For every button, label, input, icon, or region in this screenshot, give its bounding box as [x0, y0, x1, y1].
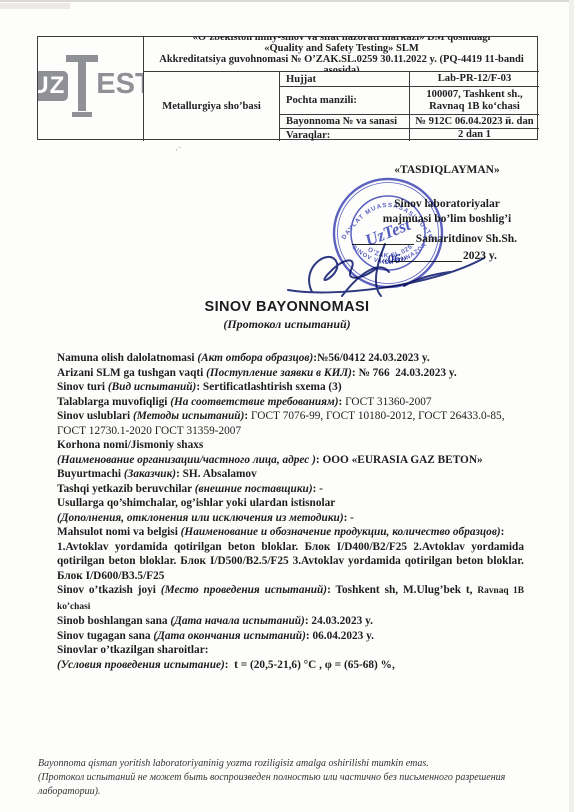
scan-edge-strip	[569, 0, 574, 812]
body-line: (Условия проведения испытание): t = (20,…	[57, 658, 524, 673]
body-segment: : -	[313, 483, 323, 495]
logo-cell: UZ EST	[38, 37, 143, 141]
body-segment: (На соответствие требованиям)	[170, 396, 338, 408]
body-line: Sinov o’tkazish joyi (Место проведения и…	[57, 583, 524, 614]
body-segment: Sinov uslublari	[57, 410, 133, 422]
body-segment: Tashqi yetkazib beruvchilar	[57, 483, 195, 495]
body-segment: Sinov o’tkazish joyi	[57, 584, 161, 596]
body-segment: (Акт отбора образцов)	[197, 352, 313, 364]
row-protocol-label: Bayonnoma № va sanasi	[279, 114, 409, 128]
body-segment: :	[244, 410, 251, 422]
body-segment: (Наименование организации/частного лица,…	[57, 454, 316, 466]
document-title: SINOV BAYONNOMASI	[0, 299, 574, 315]
row-document-label: Hujjat	[279, 71, 409, 86]
body-line: (Дополнения, отклонения или исключения и…	[57, 511, 524, 526]
body-line: Arizani SLM ga tushgan vaqti (Поступлени…	[57, 366, 524, 381]
body-segment: : 24.03.2023 y.	[305, 615, 373, 627]
organization-header: «O’zbekiston ilmiy-sinov va sifat nazora…	[143, 37, 539, 71]
body-segment: Sinob boshlangan sana	[57, 615, 170, 627]
body-segment: 1.Avtoklav yordamida qotirilgan beton bl…	[57, 541, 527, 582]
scan-smudge	[0, 3, 70, 9]
body-segment: : t = (20,5-21,6) °C , φ = (65-68) %,	[225, 659, 395, 671]
row-protocol-value: № 912C 06.04.2023 й. dan	[409, 114, 539, 128]
body-segment: Sinov tugagan sana	[57, 630, 153, 642]
logo-shape	[72, 112, 92, 117]
body-line: Korhona nomi/Jismoniy shaxs	[57, 438, 524, 453]
org-line-2: «Quality and Safety Testing» SLM	[264, 43, 419, 54]
body-segment: Mahsulot nomi va belgisi	[57, 526, 181, 538]
body-segment: (Дата окончания испытаний)	[153, 630, 305, 642]
org-line-3: Akkreditatsiya guvohnomasi № O’ZAK.SL.02…	[144, 54, 539, 71]
uztest-logo: UZ EST	[38, 55, 143, 125]
body-segment: Talablarga muvofiqligi	[57, 396, 170, 408]
header-table: UZ EST «O’zbekiston ilmiy-sinov va sifat…	[37, 36, 538, 140]
body-segment: : -	[344, 512, 354, 524]
body-line: Tashqi yetkazib beruvchilar (внешние пос…	[57, 482, 524, 497]
body-segment: ГОСТ 31360-2007	[345, 396, 431, 408]
logo-t-glyph	[69, 55, 95, 117]
body-segment: : ООО «EURASIA GAZ BETON»	[316, 454, 483, 466]
body-line: Buyurtmachi (Заказчик): SH. Absalamov	[57, 467, 524, 482]
row-address-value: 100007, Tashkent sh., Ravnaq 1B ko‘chasi	[409, 86, 539, 114]
footer-note: Bayonnoma qisman yoritish laboratoriyani…	[38, 757, 543, 798]
document-subtitle: (Протокол испытаний)	[0, 317, 574, 332]
handwritten-date: «06»	[380, 249, 408, 268]
body-segment: Namuna olish dalolatnomasi	[57, 352, 197, 364]
body-segment: (Поступление заявки в КИЛ)	[206, 367, 352, 379]
body-segment: (Дополнения, отклонения или исключения и…	[57, 512, 344, 524]
body-segment: (Методы испытаний)	[133, 410, 244, 422]
body-line: 1.Avtoklav yordamida qotirilgan beton bl…	[57, 540, 524, 584]
department-cell: Metallurgiya sho’basi	[143, 71, 279, 141]
body-segment: :	[501, 526, 505, 538]
body-line: Mahsulot nomi va belgisi (Наименование и…	[57, 525, 524, 540]
body-segment: :№56/0412 24.03.2023 y.	[313, 352, 429, 364]
body-segment: ГОСТ 12730.1-2020 ГОСТ 31359-2007	[57, 425, 241, 437]
row-address-label: Pochta manzili:	[279, 86, 409, 114]
logo-shape	[78, 61, 86, 111]
body-line: Talablarga muvofiqligi (На соответствие …	[57, 395, 524, 410]
body-segment: (Условия проведения испытание)	[57, 659, 225, 671]
scan-edge-artifact	[0, 0, 574, 2]
body-segment: : Toshkent sh, M.Ulug’bek t,	[327, 584, 477, 596]
body-segment: Korhona nomi/Jismoniy shaxs	[57, 439, 203, 451]
scanned-test-report-page: UZ EST «O’zbekiston ilmiy-sinov va sifat…	[0, 0, 574, 812]
body-line: Sinob boshlangan sana (Дата начала испыт…	[57, 614, 524, 629]
body-lines: Namuna olish dalolatnomasi (Акт отбора о…	[57, 351, 524, 672]
body-line: Sinov turi (Вид испытаний): Sertificatla…	[57, 380, 524, 395]
body-segment: : 06.04.2023 y.	[306, 630, 374, 642]
body-segment: (Вид испытаний)	[108, 381, 196, 393]
body-line: Usullarga qo’shimchalar, og’ishlar yoki …	[57, 496, 524, 511]
row-document-value: Lab-PR-12/F-03	[409, 71, 539, 86]
body-segment: (Заказчик)	[124, 468, 176, 480]
body-line: Sinovlar o’tkazilgan sharoitlar:	[57, 643, 524, 658]
row-sheets-value: 2 dan 1	[409, 128, 539, 141]
body-line: (Наименование организации/частного лица,…	[57, 453, 524, 468]
body-segment: (внешние поставщики)	[195, 483, 313, 495]
body-segment: : SH. Absalamov	[176, 468, 257, 480]
body-line: Sinov uslublari (Методы испытаний): ГОСТ…	[57, 409, 524, 424]
logo-est-text: EST	[96, 69, 143, 99]
body-line: Namuna olish dalolatnomasi (Акт отбора о…	[57, 351, 524, 366]
body-segment: : № 766 24.03.2023 y.	[352, 367, 457, 379]
body-segment: Buyurtmachi	[57, 468, 124, 480]
body-line: Sinov tugagan sana (Дата окончания испыт…	[57, 629, 524, 644]
body-segment: (Наименование и обозначение продукции, к…	[181, 526, 501, 538]
logo-uz-text: UZ	[38, 71, 68, 101]
body-segment: : Sertificatlashtirish sxema (3)	[196, 381, 341, 393]
footer-note-ru: (Протокол испытаний не может быть воспро…	[38, 771, 543, 799]
body-segment: (Дата начала испытаний)	[170, 615, 304, 627]
body-segment: Usullarga qo’shimchalar, og’ishlar yoki …	[57, 497, 335, 509]
row-sheets-label: Varaqlar:	[279, 128, 409, 141]
footer-note-uz: Bayonnoma qisman yoritish laboratoriyani…	[38, 757, 543, 771]
body-segment: ГОСТ 7076-99, ГОСТ 10180-2012, ГОСТ 2643…	[251, 410, 505, 422]
body-segment: (Место проведения испытаний)	[161, 584, 327, 596]
body-segment: Arizani SLM ga tushgan vaqti	[57, 367, 206, 379]
body-segment: Sinov turi	[57, 381, 108, 393]
body-line: ГОСТ 12730.1-2020 ГОСТ 31359-2007	[57, 424, 524, 439]
body-segment: Sinovlar o’tkazilgan sharoitlar:	[57, 644, 208, 656]
scan-speck: ·¨	[175, 145, 181, 155]
